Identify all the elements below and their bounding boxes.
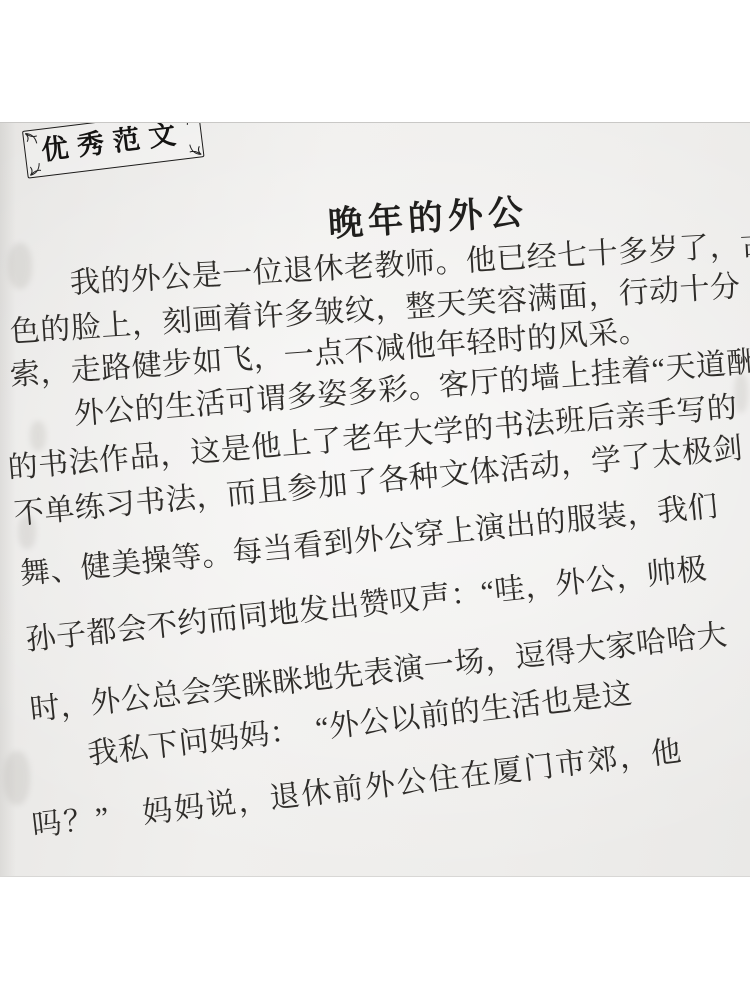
corner-flourish-icon [184,122,198,126]
corner-flourish-icon [24,131,38,145]
show-through-mark [4,751,30,805]
page-paper: 优秀范文 晚年的外公 我的外公是一位退休老教师。他已经七十多岁了，古 色的脸上，… [0,122,750,877]
model-essay-badge: 优秀范文 [22,122,204,178]
corner-flourish-icon [28,162,42,176]
show-through-mark [8,243,32,289]
corner-flourish-icon [188,142,202,156]
book-page-photo: 优秀范文 晚年的外公 我的外公是一位退休老教师。他已经七十多岁了，古 色的脸上，… [0,0,750,1000]
show-through-mark [30,421,46,451]
badge-label: 优秀范文 [40,122,187,166]
essay-title: 晚年的外公 [326,184,529,246]
